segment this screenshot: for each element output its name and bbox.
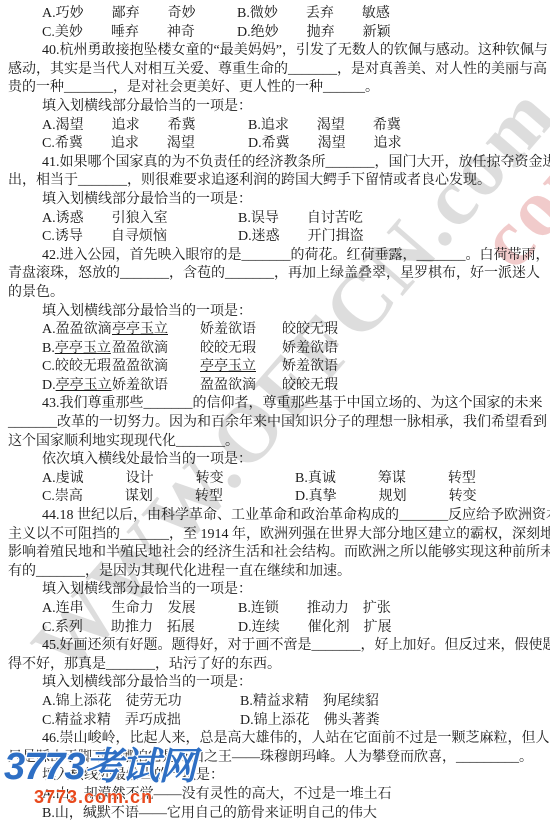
- option-cell: A.盈盈欲滴: [42, 321, 112, 340]
- option-cell: A.渴望 追求 希冀: [42, 117, 248, 136]
- option-cell: B.真诚 筹谋 转型: [295, 470, 476, 489]
- option-cell: 皎皎无瑕: [282, 377, 338, 396]
- question-stem-line: 43.我们尊重那些_______的信仰者，尊重那些基于中国立场的、为这个国家的未…: [8, 395, 546, 414]
- option-cell: B.微妙 丢弃 敏感: [237, 5, 390, 24]
- options-row: C.系列 助推力 拓展 D.连续 催化剂 扩展: [8, 619, 546, 638]
- option-cell: 皎皎无瑕: [282, 321, 338, 340]
- option-cell: B.追求 渴望 希冀: [248, 117, 401, 136]
- options-row: A.盈盈欲滴亭亭玉立娇羞欲语皎皎无瑕: [8, 321, 546, 340]
- prompt-line: 填入划横线部分最恰当的一项是：: [8, 191, 546, 210]
- option-cell: 盈盈欲滴: [112, 358, 200, 377]
- option-cell: A.巧妙 鄙弃 奇妙: [42, 5, 237, 24]
- option-cell: D.希冀 渴望 追求: [248, 135, 402, 154]
- options-row: A.虔诚 设计 转变 B.真诚 筹谋 转型: [8, 470, 546, 489]
- options-row: A.诱惑 引狼入室 B.误导 自讨苦吃: [8, 210, 546, 229]
- option-cell: C.希冀 追求 渴望: [42, 135, 248, 154]
- option-cell: D.迷惑 开门揖盗: [238, 228, 364, 247]
- option-cell: A.虔诚 设计 转变: [42, 470, 295, 489]
- options-row: D.亭亭玉立娇羞欲语盈盈欲滴皎皎无瑕: [8, 377, 546, 396]
- option-cell: 娇羞欲语: [112, 377, 200, 396]
- site-logo: 3773考试网 3773.com.cn: [4, 744, 196, 806]
- prompt-line: 填入划横线部分最恰当的一项是：: [8, 581, 546, 600]
- question-stem-line: 主义以不可阻挡的_______，至 1914 年，欧洲列强在世界大部分地区建立的…: [8, 526, 546, 545]
- option-cell: D.锦上添花 佛头著粪: [240, 712, 380, 731]
- option-cell: 亭亭玉立: [112, 321, 200, 340]
- option-cell: C.美妙 唾弃 神奇: [42, 24, 237, 43]
- prompt-line: 填入划横线部分最恰当的一项是：: [8, 98, 546, 117]
- option-cell: 亭亭玉立: [200, 358, 282, 377]
- question-stem-line: 出，相当于_______，则很难要求追逐利润的跨国大鳄手下留情或者良心发现。: [8, 172, 546, 191]
- prompt-line: 依次填入横线处最恰当的一项是：: [8, 451, 546, 470]
- options-row: C.美妙 唾弃 神奇 D.绝妙 抛弃 新颖: [8, 24, 546, 43]
- question-stem-line: 影响着殖民地和半殖民地社会的经济生活和社会结构。而欧洲之所以能够实现这种前所未: [8, 544, 546, 563]
- question-stem-line: 有的_______，是因为其现代化进程一直在继续和加速。: [8, 563, 546, 582]
- question-stem-line: 感动，其实是当代人对相互关爱、尊重生命的_______，是对真善美、对人性的美丽…: [8, 61, 546, 80]
- option-cell: D.亭亭玉立: [42, 377, 112, 396]
- question-stem-line: 45.好画还须有好题。题得好，对于画不啻是_______，好上加好。但反过来，假…: [8, 637, 546, 656]
- question-stem-line: 42.进入公园，首先映入眼帘的是_______的荷花。红荷垂露，_______。…: [8, 247, 546, 266]
- options-row: C.崇高 谋划 转型 D.真挚 规划 转变: [8, 488, 546, 507]
- option-cell: 娇羞欲语: [282, 340, 338, 359]
- document-body: A.巧妙 鄙弃 奇妙 B.微妙 丢弃 敏感 C.美妙 唾弃 神奇 D.绝妙 抛弃…: [8, 5, 546, 823]
- options-row: A.锦上添花 徒劳无功 B.精益求精 狗尾续貂: [8, 693, 546, 712]
- option-cell: B.误导 自讨苦吃: [238, 210, 363, 229]
- option-cell: C.精益求精 弄巧成拙: [42, 712, 240, 731]
- question-stem-line: 贵的一种_______，是对社会更美好、更人性的一种______。: [8, 79, 546, 98]
- option-cell: 盈盈欲滴: [112, 340, 200, 359]
- option-cell: B.精益求精 狗尾续貂: [240, 693, 379, 712]
- prompt-line: 填入划横线部分最恰当的一项是：: [8, 303, 546, 322]
- question-stem-line: 的景色。: [8, 284, 546, 303]
- option-cell: C.系列 助推力 拓展: [42, 619, 238, 638]
- question-stem-line: 41.如果哪个国家真的为不负责任的经济教条所_______，国门大开，放任掠夺资…: [8, 154, 546, 173]
- question-stem-line: 44.18 世纪以后，由科学革命、工业革命和政治革命构成的_______反应给予…: [8, 507, 546, 526]
- option-cell: D.真挚 规划 转变: [295, 488, 477, 507]
- option-cell: C.诱导 自寻烦恼: [42, 228, 238, 247]
- option-cell: C.崇高 谋划 转型: [42, 488, 295, 507]
- options-row: A.巧妙 鄙弃 奇妙 B.微妙 丢弃 敏感: [8, 5, 546, 24]
- option-cell: 娇羞欲语: [282, 358, 338, 377]
- site-url-text: 3773.com.cn: [34, 788, 196, 806]
- option-cell: 皎皎无瑕: [200, 340, 282, 359]
- option-cell: C.皎皎无瑕: [42, 358, 112, 377]
- site-logo-text: 3773考试网: [4, 744, 196, 790]
- question-stem-line: 得不好，那真是_______，玷污了好的东西。: [8, 656, 546, 675]
- question-stem-line: 这个国家顺利地实现现代化_______。: [8, 433, 546, 452]
- option-cell: 娇羞欲语: [200, 321, 282, 340]
- question-stem-line: _______改革的一切努力。因为和百余年来中国知识分子的理想一脉相承，我们希望…: [8, 414, 546, 433]
- question-stem-line: 青盘滚珠，怒放的_______，含苞的_______，再加上绿盖叠翠，星罗棋布，…: [8, 265, 546, 284]
- options-row: B.亭亭玉立盈盈欲滴皎皎无瑕娇羞欲语: [8, 340, 546, 359]
- option-cell: 盈盈欲滴: [200, 377, 282, 396]
- option-cell: A.连串 生命力 发展: [42, 600, 238, 619]
- option-cell: B.亭亭玉立: [42, 340, 112, 359]
- option-cell: D.绝妙 抛弃 新颖: [237, 24, 391, 43]
- option-line: B.山，缄默不语——它用自己的筋骨来证明自己的伟大: [8, 805, 546, 824]
- option-cell: B.连锁 推动力 扩张: [238, 600, 391, 619]
- options-row: A.渴望 追求 希冀 B.追求 渴望 希冀: [8, 117, 546, 136]
- options-row: A.连串 生命力 发展 B.连锁 推动力 扩张: [8, 600, 546, 619]
- options-row: C.希冀 追求 渴望 D.希冀 渴望 追求: [8, 135, 546, 154]
- options-row: C.皎皎无瑕盈盈欲滴亭亭玉立娇羞欲语: [8, 358, 546, 377]
- options-row: C.诱导 自寻烦恼 D.迷惑 开门揖盗: [8, 228, 546, 247]
- exam-page: WWW.OFFCN.com com A.巧妙 鄙弃 奇妙 B.微妙 丢弃 敏感 …: [0, 0, 550, 832]
- options-row: C.精益求精 弄巧成拙 D.锦上添花 佛头著粪: [8, 712, 546, 731]
- question-stem-line: 40.杭州勇敢接抱坠楼女童的“最美妈妈”，引发了无数人的钦佩与感动。这种钦佩与: [8, 42, 546, 61]
- option-cell: A.锦上添花 徒劳无功: [42, 693, 240, 712]
- option-cell: D.连续 催化剂 扩展: [238, 619, 392, 638]
- option-cell: A.诱惑 引狼入室: [42, 210, 238, 229]
- prompt-line: 填入划横线部分最恰当的一项是：: [8, 674, 546, 693]
